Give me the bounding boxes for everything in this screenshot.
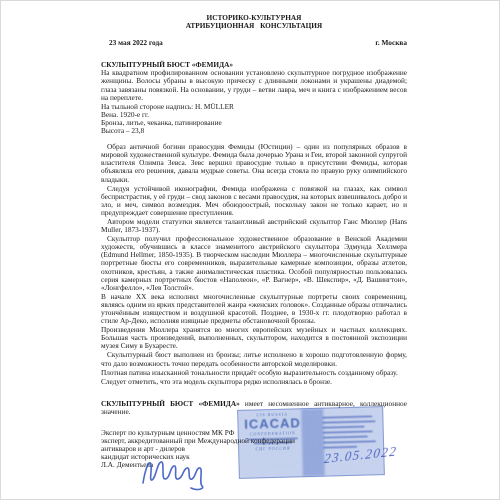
stamp-texture-band xyxy=(301,409,324,477)
document-title-line2: АТРИБУЦИОННАЯ КОНСУЛЬТАЦИЯ xyxy=(101,22,407,30)
height-line: Высота – 23,8 xyxy=(101,127,407,135)
paragraph: Автором модели статуэтки является талант… xyxy=(101,218,407,234)
stamp-illegible-text xyxy=(323,426,365,429)
paragraph: Скульптурный бюст выполнен из бронзы; ли… xyxy=(101,351,407,367)
paragraph: В начале XX века исполнил многочисленные… xyxy=(101,293,407,325)
document-body: ИСТОРИКО-КУЛЬТУРНАЯ АТРИБУЦИОННАЯ КОНСУЛ… xyxy=(101,14,407,470)
paragraph: Плотная патина изысканной тональности пр… xyxy=(101,369,407,377)
stamp-illegible-text xyxy=(254,442,291,445)
document-city: г. Москва xyxy=(375,39,407,47)
paragraph: Следуя устойчивой иконографии, Фемида из… xyxy=(101,185,407,217)
document-date: 23 мая 2022 года xyxy=(109,39,163,47)
material-line: Бронза, литье, чеканка, патинирование xyxy=(101,119,407,127)
paragraph: Скульптор получил профессиональное худож… xyxy=(101,235,407,292)
stamp-illegible-text xyxy=(323,440,376,443)
stamp-illegible-text xyxy=(248,437,298,440)
stamp-left-block: CIS RUSSIA ICACAD CONFEDERATION СНГ РОСС… xyxy=(241,411,304,452)
signature xyxy=(139,453,217,495)
paragraph: Следует отметить, что эта модель скульпт… xyxy=(101,378,407,386)
description-paragraph: На квадратном профилированном основании … xyxy=(101,69,407,101)
stamp-sub-text: CONFEDERATION xyxy=(242,430,304,437)
stamp-illegible-text xyxy=(322,420,375,423)
date-city-row: 23 мая 2022 года г. Москва xyxy=(101,39,407,47)
paragraph: Образ античной богини правосудия Фемиды … xyxy=(101,143,407,183)
spacer xyxy=(101,47,407,61)
stamp-illegible-text xyxy=(323,436,368,439)
document-page: ИСТОРИКО-КУЛЬТУРНАЯ АТРИБУЦИОННАЯ КОНСУЛ… xyxy=(0,0,500,500)
paragraph: Произведения Мюллера хранятся во многих … xyxy=(101,326,407,350)
stamp-illegible-text xyxy=(322,415,372,418)
stamp-illegible-text xyxy=(323,430,373,433)
expert-stamp: CIS RUSSIA ICACAD CONFEDERATION СНГ РОСС… xyxy=(237,406,385,479)
stamp-bottom-text: СНГ РОССИЯ xyxy=(242,445,304,452)
